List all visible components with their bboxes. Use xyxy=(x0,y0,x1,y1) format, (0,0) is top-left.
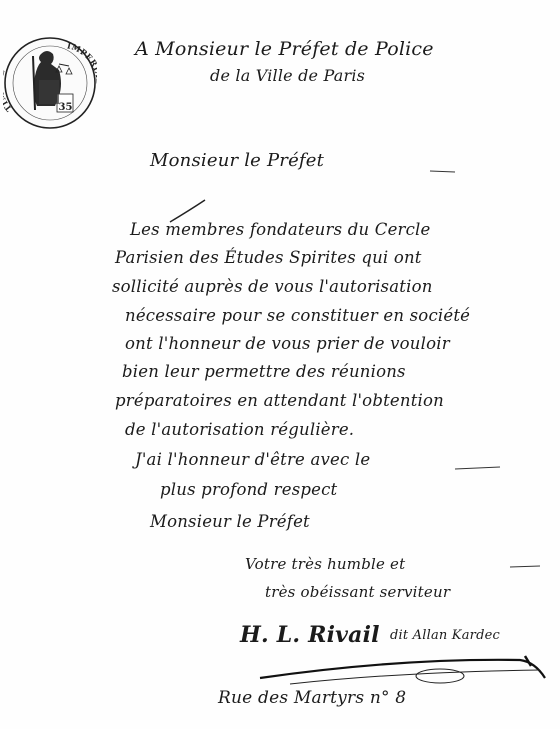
closing-line: Monsieur le Préfet xyxy=(150,512,310,531)
recipient-address-line-2: de la Ville de Paris xyxy=(210,66,365,85)
svg-text:35: 35 xyxy=(59,102,73,113)
signature-alias: dit Allan Kardec xyxy=(390,628,500,643)
closing-line: plus profond respect xyxy=(160,480,337,499)
imperial-stamp: TIMBRE IMPERIAL 35 xyxy=(3,36,97,130)
body-line: préparatoires en attendant l'obtention xyxy=(115,391,444,410)
body-line: Les membres fondateurs du Cercle xyxy=(130,220,431,239)
letter-page: TIMBRE IMPERIAL 35 A Monsieur le Préfet … xyxy=(0,0,560,729)
signoff-line: très obéissant serviteur xyxy=(265,583,450,601)
body-line: nécessaire pour se constituer en société xyxy=(125,306,470,325)
justice-figure-icon: TIMBRE IMPERIAL 35 xyxy=(3,36,97,130)
body-line: bien leur permettre des réunions xyxy=(122,362,406,381)
body-line: ont l'honneur de vous prier de vouloir xyxy=(125,334,450,353)
signature: H. L. Rivail xyxy=(240,622,380,648)
body-line: sollicité auprès de vous l'autorisation xyxy=(112,277,433,296)
body-line: de l'autorisation régulière. xyxy=(125,420,354,439)
signoff-line: Votre très humble et xyxy=(245,555,405,573)
body-line: Parisien des Études Spirites qui ont xyxy=(115,248,422,267)
recipient-address-line-1: A Monsieur le Préfet de Police xyxy=(135,38,434,60)
closing-line: J'ai l'honneur d'être avec le xyxy=(135,450,370,469)
salutation: Monsieur le Préfet xyxy=(150,150,324,171)
sender-address: Rue des Martyrs n° 8 xyxy=(218,688,406,708)
